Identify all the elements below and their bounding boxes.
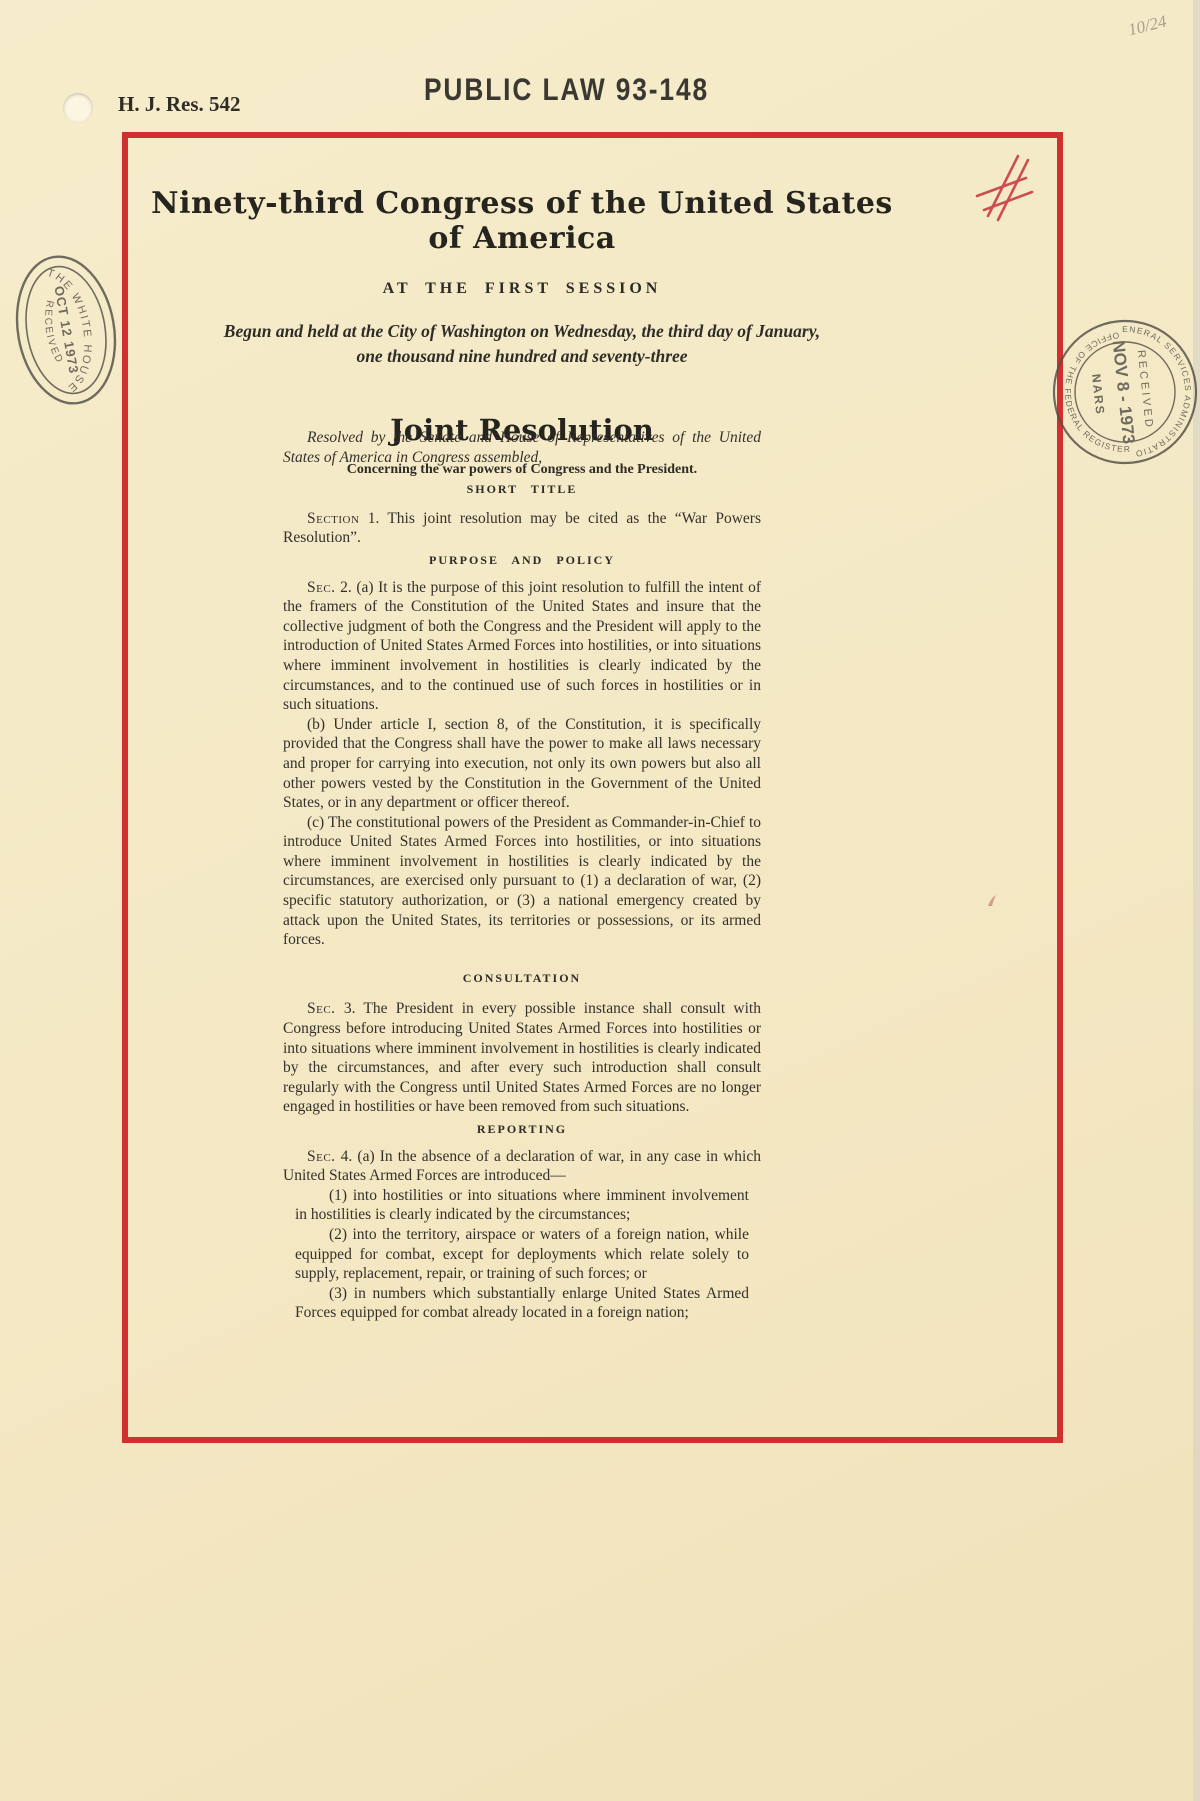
paragraph-text: 2. (a) It is the purpose of this joint r…: [283, 579, 761, 714]
gsa-stamp-date: NOV 8 - 1973: [1109, 339, 1139, 444]
section-consultation: CONSULTATION Sec. 3. The President in ev…: [283, 969, 761, 1117]
section-paragraph: Section 1. This joint resolution may be …: [283, 509, 761, 548]
section-subparagraph: (1) into hostilities or into situations …: [295, 1186, 749, 1225]
paragraph-text: 4. (a) In the absence of a declaration o…: [283, 1148, 761, 1185]
paragraph-text: (2) into the territory, airspace or wate…: [295, 1226, 749, 1282]
paragraph-text: (c) The constitutional powers of the Pre…: [283, 814, 761, 949]
congress-title: Ninety-third Congress of the United Stat…: [142, 186, 902, 256]
paragraph-lead: Sec.: [307, 1000, 336, 1017]
gsa-received-stamp: GENERAL SERVICES ADMINISTRATION OFFICE O…: [1013, 280, 1200, 504]
hole-punch: [63, 93, 93, 123]
section-short-title: SHORT TITLE Section 1. This joint resolu…: [283, 480, 761, 548]
section-reporting: REPORTING Sec. 4. (a) In the absence of …: [283, 1120, 761, 1323]
section-paragraph: (c) The constitutional powers of the Pre…: [283, 813, 761, 950]
section-paragraph: Sec. 4. (a) In the absence of a declarat…: [283, 1147, 761, 1186]
red-ink-speck: [984, 890, 1002, 910]
paragraph-text: (3) in numbers which substantially enlar…: [295, 1285, 749, 1322]
section-heading: SHORT TITLE: [283, 480, 761, 500]
session-line: AT THE FIRST SESSION: [142, 280, 902, 298]
section-heading: CONSULTATION: [283, 969, 761, 989]
section-subparagraph: (2) into the territory, airspace or wate…: [295, 1225, 749, 1284]
paragraph-text: (1) into hostilities or into situations …: [295, 1187, 749, 1224]
scan-edge: [1193, 0, 1200, 1801]
resolution-number: H. J. Res. 542: [118, 92, 241, 117]
begun-line-2: one thousand nine hundred and seventy-th…: [142, 344, 902, 369]
section-paragraph: Sec. 2. (a) It is the purpose of this jo…: [283, 578, 761, 715]
section-purpose-and-policy: PURPOSE AND POLICY Sec. 2. (a) It is the…: [283, 551, 761, 950]
begun-line-1: Begun and held at the City of Washington…: [142, 319, 902, 344]
red-hash-mark: [972, 148, 1044, 224]
gsa-stamp-agency: NARS: [1089, 373, 1107, 416]
gsa-stamp-received-text: RECEIVED: [1135, 349, 1155, 430]
paragraph-text: 3. The President in every possible insta…: [283, 1000, 761, 1115]
public-law-stamp-text: PUBLIC LAW 93-148: [424, 72, 709, 108]
pencil-annotation: 10/24: [1126, 12, 1168, 41]
paragraph-text: (b) Under article I, section 8, of the C…: [283, 716, 761, 811]
section-paragraph: Sec. 3. The President in every possible …: [283, 999, 761, 1117]
section-paragraph: (b) Under article I, section 8, of the C…: [283, 715, 761, 813]
body-column: Resolved by the Senate and House of Repr…: [283, 428, 761, 1323]
section-heading: PURPOSE AND POLICY: [283, 551, 761, 571]
paragraph-lead: Section: [307, 510, 359, 527]
section-subparagraph: (3) in numbers which substantially enlar…: [295, 1284, 749, 1323]
paragraph-lead: Sec.: [307, 579, 336, 596]
white-house-received-stamp: THE WHITE HOUSE RECEIVED OCT 12 1973: [0, 228, 168, 432]
paragraph-lead: Sec.: [307, 1148, 336, 1165]
resolved-clause: Resolved by the Senate and House of Repr…: [283, 428, 761, 467]
section-heading: REPORTING: [283, 1120, 761, 1140]
